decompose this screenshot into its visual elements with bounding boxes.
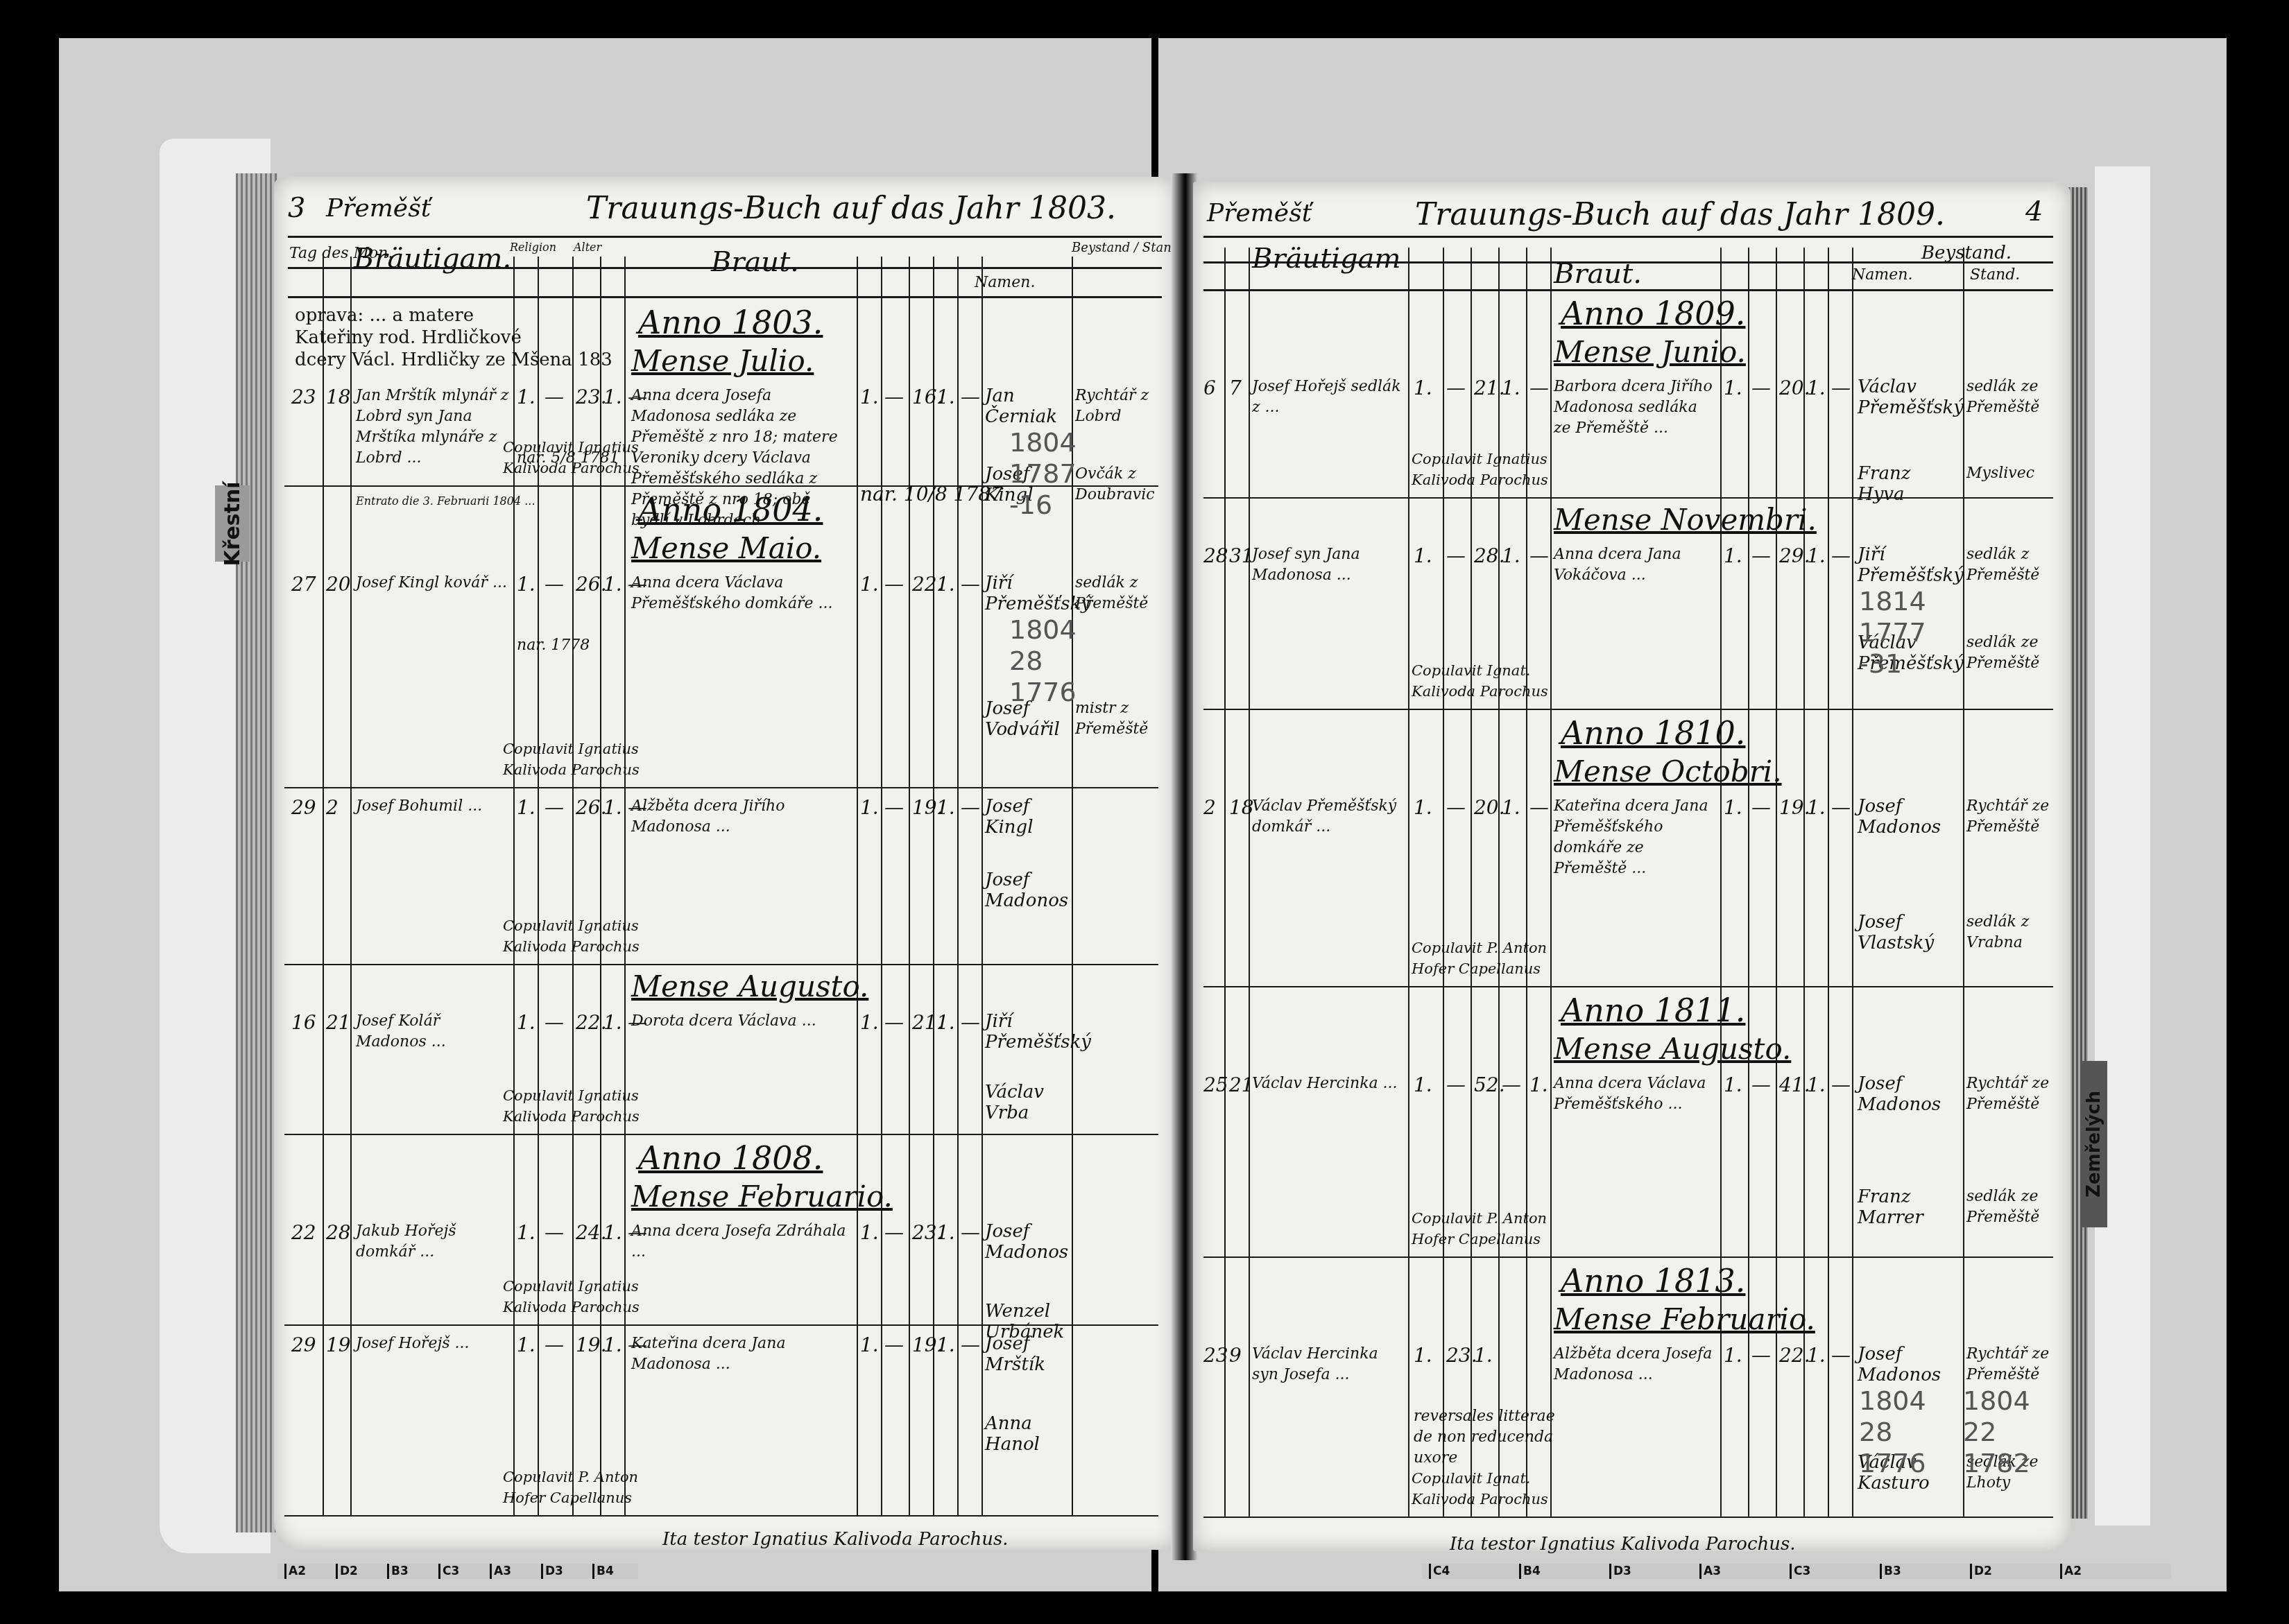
- bride-value: 1.: [860, 796, 879, 819]
- correction-note: dcery Václ. Hrdličky ze Mšena 183: [295, 349, 612, 370]
- entry-day: 2: [1203, 796, 1216, 819]
- witness-status: Myslivec: [1966, 463, 2050, 484]
- mense-heading: Mense Februario.: [631, 1180, 893, 1213]
- bride-value: 1.: [936, 573, 955, 596]
- groom-value: 1.: [603, 573, 622, 596]
- bride-value: —: [961, 386, 980, 408]
- groom-value: —: [545, 386, 564, 408]
- groom-value: 1.: [603, 1333, 622, 1356]
- groom-entry: Josef Kolář Madonos ...: [356, 1011, 512, 1053]
- witness-name: Franz Marrer: [1858, 1186, 1948, 1228]
- witness-status: Rychtář ze Přeměště: [1966, 1344, 2050, 1385]
- groom-note: reversales litterae de non reducenda uxo…: [1414, 1406, 1557, 1469]
- anno-heading: Anno 1813.: [1561, 1262, 1745, 1299]
- ruler-mark: D3: [541, 1564, 563, 1579]
- mense-heading: Mense Februario.: [1554, 1302, 1815, 1336]
- row-divider: [284, 964, 1158, 965]
- bride-value: 1.: [860, 386, 879, 408]
- bride-value: —: [961, 796, 980, 819]
- entry-day: 23: [1203, 1344, 1228, 1367]
- groom-value: —: [1446, 796, 1466, 819]
- bride-value: —: [1831, 796, 1851, 819]
- entry-house: 31: [1229, 544, 1254, 567]
- bride-value: 1.: [860, 1221, 879, 1244]
- groom-entry: Václav Přeměšťský domkář ...: [1252, 796, 1405, 838]
- groom-value: —: [1529, 377, 1549, 399]
- bride-value: 1.: [860, 573, 879, 596]
- groom-value: 52.: [1474, 1073, 1505, 1096]
- mense-heading: Mense Novembri.: [1554, 503, 1817, 537]
- groom-value: 1.: [1414, 1073, 1432, 1096]
- bride-value: —: [1831, 1073, 1851, 1096]
- left-parish-name: Přeměšť: [326, 194, 431, 223]
- bride-value: —: [1831, 1344, 1851, 1367]
- bride-value: 1.: [936, 1011, 955, 1034]
- index-tab-krestni: Křestní: [215, 485, 250, 562]
- entry-house: 20: [326, 573, 351, 596]
- witness-name: Josef Madonos: [1858, 1344, 1948, 1385]
- witness-name: Jiří Přeměšťský: [985, 573, 1075, 614]
- film-ruler-right: C4B4D3A3C3B3D2A2: [1422, 1564, 2171, 1579]
- row-divider: [1203, 709, 2053, 710]
- mense-heading: Mense Augusto.: [1554, 1032, 1791, 1066]
- left-col-groom-religion: Religion: [510, 241, 556, 254]
- column-rule: [1471, 248, 1472, 1517]
- ruler-mark: A2: [284, 1564, 306, 1579]
- right-page-number: 4: [2025, 196, 2043, 227]
- groom-value: —: [1446, 1073, 1466, 1096]
- pencil-annotation: 1804: [1009, 614, 1077, 645]
- groom-value: 1.: [1414, 544, 1432, 567]
- witness-name: Josef Madonos: [985, 1221, 1075, 1263]
- groom-value: 1.: [1414, 796, 1432, 819]
- bride-entry: Alžběta dcera Jiřího Madonosa ...: [631, 796, 853, 838]
- left-col-groom-age: Alter: [574, 241, 601, 254]
- bride-value: 41.: [1779, 1073, 1810, 1096]
- witness-name: Franz Hyva: [1858, 463, 1948, 505]
- left-col-witness-name: Namen.: [975, 274, 1035, 291]
- witness-status: sedlák z Vrabna: [1966, 912, 2050, 953]
- groom-value: 20.: [1474, 796, 1505, 819]
- left-col-witness-status: Beystand / Stand.: [1072, 241, 1183, 255]
- witness-name: Josef Mrštík: [985, 1333, 1075, 1375]
- page-edges-left: [236, 173, 277, 1532]
- pencil-annotation: 1804: [1963, 1385, 2030, 1416]
- witness-status: Rychtář z Lobrd: [1075, 386, 1158, 427]
- bride-value: 1.: [1807, 377, 1826, 399]
- bride-value: —: [884, 573, 904, 596]
- witness-name: Anna Hanol: [985, 1413, 1075, 1455]
- mense-heading: Mense Junio.: [1554, 335, 1746, 369]
- pencil-annotation: 1782: [1963, 1448, 2030, 1478]
- bride-entry: Anna dcera Václava Přeměšťského domkáře …: [631, 573, 853, 614]
- groom-value: 19.: [576, 1333, 607, 1356]
- right-col-groom: Bräutigam: [1252, 243, 1400, 275]
- witness-status: sedlák ze Přeměště: [1966, 1186, 2050, 1228]
- pencil-annotation: 1776: [1859, 1448, 1926, 1478]
- column-rule: [957, 257, 959, 1515]
- groom-value: 1.: [603, 796, 622, 819]
- witness-status: sedlák ze Přeměště: [1966, 632, 2050, 674]
- groom-value: 1.: [1474, 1344, 1493, 1367]
- bride-entry: Kateřina dcera Jana Madonosa ...: [631, 1333, 853, 1375]
- anno-heading: Anno 1810.: [1561, 714, 1745, 752]
- film-ruler-left: A2D2B3C3A3D3B4: [277, 1564, 638, 1579]
- bride-entry: Barbora dcera Jiřího Madonosa sedláka ze…: [1554, 377, 1717, 439]
- ruler-mark: D3: [1609, 1564, 1631, 1579]
- groom-value: 1.: [603, 1221, 622, 1244]
- groom-entry: Josef syn Jana Madonosa ...: [1252, 544, 1405, 586]
- bride-value: —: [1751, 796, 1771, 819]
- bride-value: 1.: [1807, 1344, 1826, 1367]
- groom-value: 23.: [1446, 1344, 1477, 1367]
- groom-value: 1.: [1502, 377, 1520, 399]
- ruler-mark: D2: [1970, 1564, 1992, 1579]
- ruler-mark: A2: [2060, 1564, 2082, 1579]
- left-page-number: 3: [288, 192, 305, 224]
- officiant: Copulavit Ignatius Kalivoda Parochus: [503, 1276, 683, 1318]
- bride-value: 1.: [860, 1333, 879, 1356]
- left-footer-signature: Ita testor Ignatius Kalivoda Parochus.: [662, 1529, 1009, 1550]
- column-rule: [1550, 248, 1552, 1517]
- entry-day: 29: [291, 1333, 316, 1356]
- ruler-mark: A3: [1699, 1564, 1721, 1579]
- ruler-mark: A3: [490, 1564, 511, 1579]
- witness-status: Rychtář ze Přeměště: [1966, 796, 2050, 838]
- entry-house: 28: [326, 1221, 351, 1244]
- right-page: Přeměšť Trauungs-Buch auf das Jahr 1809.…: [1193, 182, 2071, 1551]
- bride-entry: Anna dcera Václava Přeměšťského ...: [1554, 1073, 1717, 1115]
- officiant: Copulavit P. Anton Hofer Capellanus: [503, 1467, 683, 1508]
- bride-value: —: [961, 1333, 980, 1356]
- groom-note: nar. 1778: [517, 635, 655, 656]
- groom-value: —: [1446, 377, 1466, 399]
- bride-value: —: [1751, 1073, 1771, 1096]
- column-rule: [350, 257, 352, 1515]
- bride-value: 1.: [1724, 377, 1742, 399]
- ruler-mark: B3: [1880, 1564, 1901, 1579]
- bride-value: —: [1831, 377, 1851, 399]
- entry-day: 29: [291, 796, 316, 819]
- entry-day: 22: [291, 1221, 316, 1244]
- entry-house: 18: [326, 386, 351, 408]
- column-rule: [933, 257, 934, 1515]
- bride-value: 1.: [1724, 1073, 1742, 1096]
- column-rule: [1852, 248, 1853, 1517]
- bride-value: —: [1751, 377, 1771, 399]
- groom-value: 1.: [517, 573, 535, 596]
- pencil-annotation: 1777: [1859, 617, 1926, 648]
- groom-value: —: [1502, 1073, 1521, 1096]
- column-rule: [881, 257, 882, 1515]
- index-tab-zemrelych: Zemřelých: [2081, 1061, 2107, 1227]
- officiant: Copulavit Ignatius Kalivoda Parochus: [503, 437, 683, 478]
- bride-value: 1.: [936, 1333, 955, 1356]
- ruler-mark: B4: [592, 1564, 614, 1579]
- pencil-annotation: 22: [1963, 1417, 1996, 1447]
- bride-value: —: [961, 573, 980, 596]
- groom-value: —: [545, 1011, 564, 1034]
- groom-value: —: [1529, 796, 1549, 819]
- entry-day: 6: [1203, 377, 1216, 399]
- ruler-mark: C3: [1790, 1564, 1810, 1579]
- witness-status: Rychtář ze Přeměště: [1966, 1073, 2050, 1115]
- entry-day: 23: [291, 386, 316, 408]
- officiant: Copulavit Ignatius Kalivoda Parochus: [503, 738, 683, 780]
- entry-day: 27: [291, 573, 316, 596]
- witness-status: mistr z Přeměště: [1075, 698, 1158, 740]
- bride-value: 1.: [936, 1221, 955, 1244]
- right-parish-name: Přeměšť: [1207, 199, 1312, 227]
- groom-entry: Josef Kingl kovář ...: [356, 573, 512, 594]
- bride-value: 1.: [1724, 796, 1742, 819]
- pencil-annotation: -31: [1859, 648, 1902, 679]
- groom-value: 1.: [1529, 1073, 1548, 1096]
- bride-value: 1.: [1724, 1344, 1742, 1367]
- witness-name: Václav Přeměšťský: [1858, 377, 1948, 418]
- bride-value: 19.: [1779, 796, 1810, 819]
- column-rule: [1526, 248, 1527, 1517]
- left-col-bride: Braut.: [711, 246, 799, 278]
- column-rule: [1224, 248, 1226, 1517]
- groom-entry: Josef Hořejš ...: [356, 1333, 512, 1354]
- groom-entry: Josef Hořejš sedlák z ...: [1252, 377, 1405, 418]
- entry-house: 18: [1229, 796, 1254, 819]
- groom-value: 26.: [576, 796, 607, 819]
- witness-status: sedlák z Přeměště: [1075, 573, 1158, 614]
- row-divider: [284, 1324, 1158, 1326]
- right-page-title: Trauungs-Buch auf das Jahr 1809.: [1415, 197, 1945, 232]
- groom-value: 1.: [1502, 796, 1520, 819]
- officiant: Copulavit Ignat. Kalivoda Parochus: [1412, 660, 1592, 702]
- ruler-mark: D2: [336, 1564, 358, 1579]
- bride-value: —: [1751, 1344, 1771, 1367]
- bride-value: —: [961, 1011, 980, 1034]
- row-divider: [284, 1515, 1158, 1517]
- column-rule: [1963, 248, 1964, 1517]
- groom-value: 23.: [576, 386, 607, 408]
- bride-value: 22.: [1779, 1344, 1810, 1367]
- groom-value: 1.: [517, 796, 535, 819]
- bride-value: —: [884, 1011, 904, 1034]
- column-rule: [857, 257, 858, 1515]
- bride-value: 1.: [1807, 796, 1826, 819]
- bride-entry: Anna dcera Josefa Zdráhala ...: [631, 1221, 853, 1263]
- bride-value: 29.: [1779, 544, 1810, 567]
- officiant: Copulavit Ignat. Kalivoda Parochus: [1412, 1468, 1592, 1510]
- bride-value: —: [884, 1221, 904, 1244]
- row-divider: [284, 787, 1158, 788]
- groom-value: 24.: [576, 1221, 607, 1244]
- witness-name: Josef Vlastský: [1858, 912, 1948, 953]
- bride-value: —: [884, 1333, 904, 1356]
- groom-value: 1.: [603, 386, 622, 408]
- officiant: Copulavit P. Anton Hofer Capellanus: [1412, 1208, 1592, 1250]
- groom-value: 1.: [1414, 377, 1432, 399]
- anno-heading: Anno 1804.: [638, 491, 823, 528]
- entry-day: 16: [291, 1011, 316, 1034]
- row-divider: [284, 485, 1158, 487]
- flyleaf-right: [2095, 166, 2150, 1526]
- officiant: Copulavit Ignatius Kalivoda Parochus: [1412, 449, 1592, 490]
- entry-house: 2: [326, 796, 338, 819]
- right-col-witness-name: Namen.: [1852, 266, 1912, 284]
- column-rule: [1443, 248, 1444, 1517]
- bride-entry: Alžběta dcera Josefa Madonosa ...: [1554, 1344, 1717, 1385]
- entry-house: 19: [326, 1333, 351, 1356]
- anno-heading: Anno 1811.: [1561, 992, 1745, 1029]
- groom-entry: Václav Hercinka syn Josefa ...: [1252, 1344, 1405, 1385]
- groom-entry: Jan Mrštík mlynář z Lobrd syn Jana Mrští…: [356, 386, 512, 469]
- right-col-bride: Braut.: [1554, 258, 1642, 290]
- mense-heading: Mense Augusto.: [631, 969, 868, 1003]
- bride-entry: Anna dcera Jana Vokáčova ...: [1554, 544, 1717, 586]
- right-col-witness-status: Stand.: [1970, 266, 2020, 284]
- column-rule: [981, 257, 983, 1515]
- correction-note: Kateřiny rod. Hrdličkové: [295, 327, 522, 348]
- bride-value: —: [1831, 544, 1851, 567]
- entry-house: 21: [1229, 1073, 1254, 1096]
- entry-day: 28: [1203, 544, 1228, 567]
- bride-value: 1.: [1807, 544, 1826, 567]
- groom-entry: Josef Bohumil ...: [356, 796, 512, 817]
- groom-value: —: [545, 1221, 564, 1244]
- witness-status: Ovčák z Doubravic: [1075, 464, 1158, 506]
- anno-heading: Anno 1808.: [638, 1139, 823, 1177]
- groom-value: 28.: [1474, 544, 1505, 567]
- right-col-witness-group: Beystand.: [1921, 243, 2012, 264]
- column-rule: [909, 257, 910, 1515]
- column-rule: [1408, 248, 1409, 1517]
- pencil-annotation: 1814: [1859, 586, 1926, 616]
- bride-value: —: [961, 1221, 980, 1244]
- left-col-groom: Bräutigam.: [354, 243, 511, 275]
- officiant: Copulavit Ignatius Kalivoda Parochus: [503, 915, 683, 957]
- correction-note: oprava: ... a matere: [295, 305, 474, 326]
- groom-value: —: [545, 573, 564, 596]
- column-rule: [323, 257, 324, 1515]
- pencil-annotation: 28: [1859, 1417, 1892, 1447]
- witness-name: Josef Madonos: [1858, 796, 1948, 838]
- ruler-mark: B4: [1519, 1564, 1541, 1579]
- bride-entry: Kateřina dcera Jana Přeměšťského domkáře…: [1554, 796, 1717, 879]
- officiant: Copulavit Ignatius Kalivoda Parochus: [503, 1085, 683, 1127]
- groom-value: 1.: [517, 386, 535, 408]
- groom-value: 26.: [576, 573, 607, 596]
- officiant: Copulavit P. Anton Hofer Capellanus: [1412, 938, 1592, 979]
- groom-value: 1.: [603, 1011, 622, 1034]
- anno-heading: Anno 1809.: [1561, 295, 1745, 332]
- groom-value: —: [1529, 544, 1549, 567]
- witness-name: Josef Madonos: [985, 870, 1075, 911]
- entry-preface: Entrato die 3. Februarii 1804 ...: [356, 491, 535, 512]
- pencil-annotation: 1776: [1009, 677, 1077, 707]
- left-page-title: Trauungs-Buch auf das Jahr 1803.: [586, 191, 1116, 226]
- witness-name: Václav Vrba: [985, 1082, 1075, 1123]
- pencil-annotation: 1804: [1009, 427, 1077, 458]
- witness-name: Jiří Přeměšťský: [985, 1011, 1075, 1053]
- ruler-mark: B3: [387, 1564, 409, 1579]
- ruler-mark: C3: [438, 1564, 459, 1579]
- bride-value: —: [1751, 544, 1771, 567]
- column-rule: [1828, 248, 1829, 1517]
- row-divider: [284, 1134, 1158, 1135]
- pencil-annotation: 1804: [1859, 1385, 1926, 1416]
- groom-value: 1.: [517, 1333, 535, 1356]
- entry-house: 7: [1229, 377, 1242, 399]
- groom-value: 1.: [1414, 1344, 1432, 1367]
- bride-value: 1.: [936, 796, 955, 819]
- witness-name: Josef Kingl: [985, 796, 1075, 838]
- groom-value: 1.: [1502, 544, 1520, 567]
- groom-entry: Jakub Hořejš domkář ...: [356, 1221, 512, 1263]
- groom-value: 1.: [517, 1011, 535, 1034]
- witness-status: sedlák ze Přeměště: [1966, 377, 2050, 418]
- column-rule: [1249, 248, 1250, 1517]
- row-divider: [1203, 1256, 2053, 1258]
- entry-house: 21: [326, 1011, 351, 1034]
- groom-value: —: [545, 796, 564, 819]
- row-divider: [1203, 497, 2053, 499]
- mense-heading: Mense Octobri.: [1554, 754, 1782, 788]
- witness-status: sedlák z Přeměště: [1966, 544, 2050, 586]
- anno-heading: Anno 1803.: [638, 304, 823, 341]
- row-divider: [1203, 1517, 2053, 1518]
- groom-value: —: [1446, 544, 1466, 567]
- groom-entry: Václav Hercinka ...: [1252, 1073, 1405, 1094]
- bride-value: 20.: [1779, 377, 1810, 399]
- pencil-annotation: -16: [1009, 490, 1052, 520]
- bride-value: —: [884, 796, 904, 819]
- right-footer-signature: Ita testor Ignatius Kalivoda Parochus.: [1450, 1534, 1796, 1555]
- column-rule: [1498, 248, 1500, 1517]
- bride-value: 1.: [860, 1011, 879, 1034]
- mense-heading: Mense Julio.: [631, 344, 814, 378]
- pencil-annotation: 28: [1009, 646, 1043, 676]
- bride-entry: Dorota dcera Václava ...: [631, 1011, 853, 1032]
- left-page: 3 Přeměšť Trauungs-Buch auf das Jahr 180…: [274, 177, 1176, 1550]
- groom-value: 22.: [576, 1011, 607, 1034]
- groom-value: 21.: [1474, 377, 1505, 399]
- ruler-mark: C4: [1429, 1564, 1450, 1579]
- entry-day: 25: [1203, 1073, 1228, 1096]
- bride-value: 1.: [1724, 544, 1742, 567]
- witness-name: Josef Madonos: [1858, 1073, 1948, 1115]
- bride-value: 1.: [1807, 1073, 1826, 1096]
- pencil-annotation: 1787: [1009, 458, 1077, 489]
- entry-house: 9: [1229, 1344, 1242, 1367]
- groom-value: —: [545, 1333, 564, 1356]
- witness-name: Jiří Přeměšťský: [1858, 544, 1948, 586]
- row-divider: [1203, 986, 2053, 987]
- bride-value: —: [884, 386, 904, 408]
- witness-name: Jan Černiak: [985, 386, 1075, 427]
- groom-value: 1.: [517, 1221, 535, 1244]
- mense-heading: Mense Maio.: [631, 531, 821, 565]
- bride-value: 1.: [936, 386, 955, 408]
